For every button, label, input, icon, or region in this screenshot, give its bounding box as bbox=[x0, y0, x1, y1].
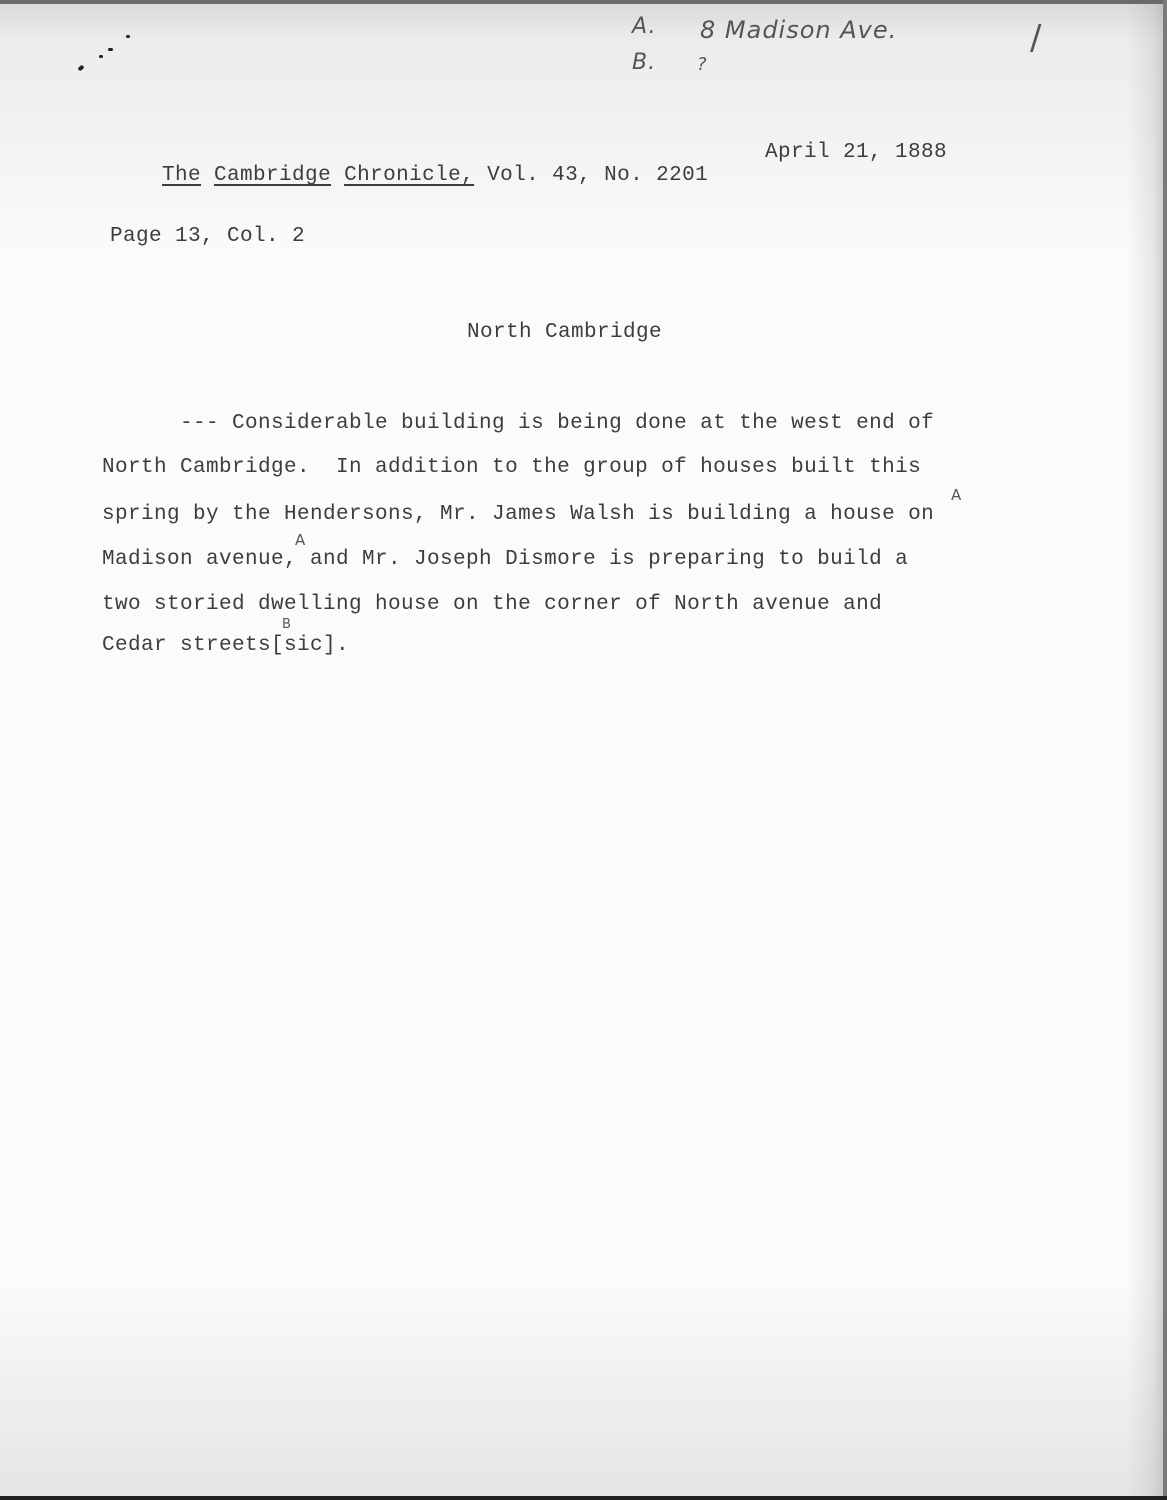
publication-date: April 21, 1888 bbox=[765, 141, 947, 164]
scan-top-edge bbox=[0, 0, 1167, 4]
scan-mark bbox=[99, 55, 103, 58]
article-line: North Cambridge. In addition to the grou… bbox=[102, 456, 921, 479]
handwritten-check-mark: / bbox=[1030, 18, 1042, 58]
publication-word: The bbox=[162, 164, 201, 187]
scan-mark bbox=[77, 65, 84, 72]
document-page: A. 8 Madison Ave. B. ? / The Cambridge C… bbox=[0, 0, 1167, 1500]
section-title: North Cambridge bbox=[467, 321, 662, 344]
article-line: spring by the Hendersons, Mr. James Wals… bbox=[102, 503, 934, 526]
annotation-caret: B bbox=[282, 617, 291, 632]
scan-bottom-edge bbox=[0, 1496, 1167, 1500]
article-line: Madison avenue, and Mr. Joseph Dismore i… bbox=[102, 548, 908, 571]
scan-mark bbox=[126, 35, 130, 38]
handwritten-address-b: ? bbox=[697, 54, 708, 75]
annotation-caret: A bbox=[295, 531, 305, 549]
publication-word: Chronicle, bbox=[344, 164, 474, 187]
article-line: --- Considerable building is being done … bbox=[128, 412, 934, 435]
scan-mark bbox=[108, 48, 113, 51]
page-location: Page 13, Col. 2 bbox=[110, 225, 305, 248]
handwritten-label-a: A. bbox=[632, 14, 656, 39]
volume-number: Vol. 43, No. 2201 bbox=[487, 164, 708, 187]
article-line: two storied dwelling house on the corner… bbox=[102, 593, 882, 616]
article-line: Cedar streets[sic]. bbox=[102, 634, 349, 657]
annotation-caret: A bbox=[951, 486, 961, 504]
citation-header: The Cambridge Chronicle, Vol. 43, No. 22… bbox=[110, 141, 708, 210]
scan-right-edge bbox=[1163, 0, 1167, 1500]
publication-word: Cambridge bbox=[214, 164, 331, 187]
handwritten-address-a: 8 Madison Ave. bbox=[700, 16, 897, 44]
handwritten-label-b: B. bbox=[632, 50, 656, 75]
